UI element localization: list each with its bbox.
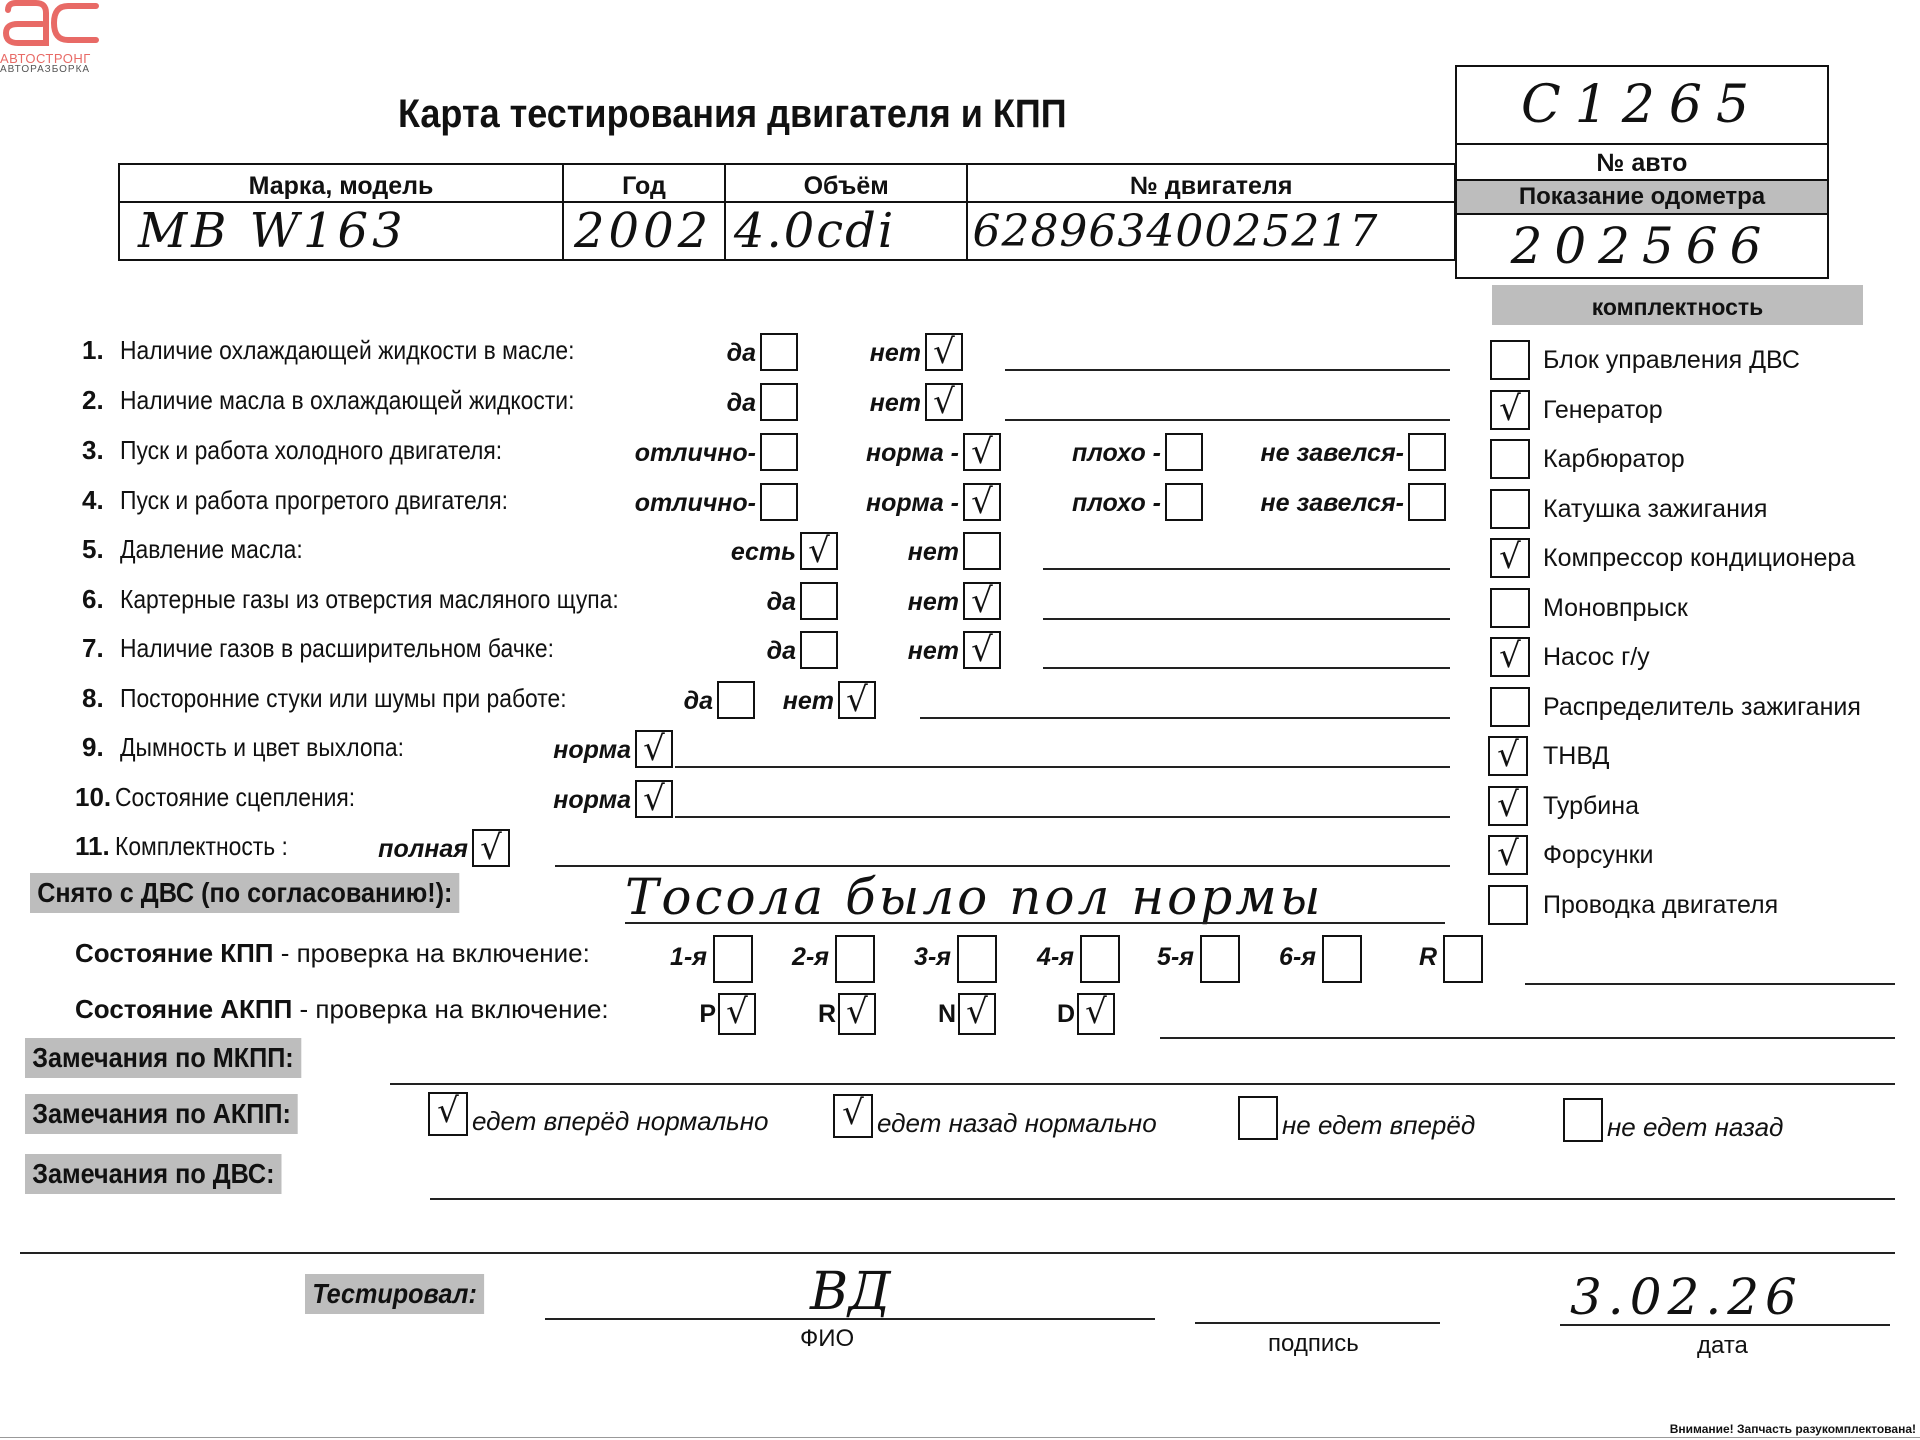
- completeness-item-label: Распределитель зажигания: [1543, 693, 1861, 722]
- option-checkbox[interactable]: √: [963, 631, 1001, 669]
- option-checkbox[interactable]: [1408, 483, 1446, 521]
- item-notes-line: [675, 816, 1450, 818]
- option-label: плохо -: [1072, 489, 1161, 518]
- completeness-checkbox[interactable]: √: [1490, 538, 1530, 578]
- option-label: не завелся-: [1261, 439, 1404, 468]
- manual-gear-checkbox[interactable]: [1200, 935, 1240, 983]
- option-checkbox[interactable]: [760, 383, 798, 421]
- option-label: нет: [908, 637, 959, 666]
- completeness-item-label: Насос г/у: [1543, 643, 1650, 672]
- auto-gear-label: D: [1057, 1000, 1075, 1029]
- signature-caption: подпись: [1268, 1330, 1359, 1358]
- remarks-dvs-label: Замечания по ДВС:: [25, 1154, 282, 1194]
- completeness-checkbox[interactable]: [1488, 885, 1528, 925]
- manual-gear-label: 2-я: [792, 943, 829, 972]
- option-checkbox[interactable]: √: [635, 780, 673, 818]
- col-year: Год: [563, 164, 725, 202]
- item-notes-line: [920, 717, 1450, 719]
- completeness-checkbox[interactable]: √: [1490, 637, 1530, 677]
- item-number: 2.: [82, 385, 104, 416]
- manual-gearbox-label: Состояние КПП - проверка на включение:: [75, 938, 590, 969]
- page-title: Карта тестирования двигателя и КПП: [398, 92, 1067, 137]
- item-number: 5.: [82, 534, 104, 565]
- auto-gear-checkbox[interactable]: √: [958, 993, 996, 1035]
- item-notes-line: [1005, 369, 1450, 371]
- completeness-item-label: Генератор: [1543, 396, 1663, 425]
- auto-gearbox-line: [1160, 1037, 1895, 1039]
- engine-number-value[interactable]: 62896340025217: [967, 202, 1455, 260]
- completeness-checkbox[interactable]: [1490, 687, 1530, 727]
- akpp-remark-label: не едет вперёд: [1282, 1110, 1475, 1141]
- option-label: норма: [553, 736, 631, 765]
- volume-value[interactable]: 4.0cdi: [725, 202, 968, 260]
- manual-gear-label: 5-я: [1157, 943, 1194, 972]
- vehicle-info-table: Марка, модель Год Объём № двигателя MB W…: [118, 163, 1456, 261]
- option-label: да: [684, 687, 713, 716]
- completeness-item-label: Компрессор кондиционера: [1543, 544, 1855, 573]
- akpp-remark-checkbox[interactable]: √: [428, 1092, 468, 1136]
- date-line: [1560, 1324, 1890, 1326]
- auto-gear-checkbox[interactable]: √: [718, 993, 756, 1035]
- option-label: нет: [908, 538, 959, 567]
- col-volume: Объём: [725, 164, 968, 202]
- item-number: 6.: [82, 584, 104, 615]
- option-checkbox[interactable]: [760, 483, 798, 521]
- manual-gear-checkbox[interactable]: [1443, 935, 1483, 983]
- completeness-item-label: Турбина: [1543, 792, 1639, 821]
- item-number: 4.: [82, 485, 104, 516]
- item-number: 3.: [82, 435, 104, 466]
- completeness-checkbox[interactable]: [1490, 340, 1530, 380]
- manual-gear-label: 4-я: [1037, 943, 1074, 972]
- auto-gear-label: N: [938, 1000, 956, 1029]
- car-number-label: № авто: [1457, 145, 1827, 181]
- auto-gear-label: R: [818, 1000, 836, 1029]
- remarks-dvs-line: [430, 1198, 1895, 1200]
- manual-gear-label: R: [1419, 943, 1437, 972]
- manual-gear-label: 1-я: [670, 943, 707, 972]
- remarks-mkpp-line: [390, 1083, 1895, 1085]
- make-model-value[interactable]: MB W163: [119, 202, 563, 260]
- signature-line: [1195, 1322, 1440, 1324]
- test-date[interactable]: 3.02.26: [1570, 1268, 1803, 1326]
- item-label: Посторонние стуки или шумы при работе:: [120, 683, 567, 714]
- manual-gear-checkbox[interactable]: [835, 935, 875, 983]
- option-label: нет: [908, 588, 959, 617]
- completeness-item-label: Проводка двигателя: [1543, 891, 1778, 920]
- item-label: Комплектность :: [115, 831, 288, 862]
- item-notes-line: [555, 865, 1450, 867]
- manual-gear-checkbox[interactable]: [957, 935, 997, 983]
- item-notes-line: [1043, 667, 1450, 669]
- manual-gear-checkbox[interactable]: [1080, 935, 1120, 983]
- option-checkbox[interactable]: [800, 631, 838, 669]
- item-number: 7.: [82, 633, 104, 664]
- option-checkbox[interactable]: √: [472, 829, 510, 867]
- auto-gearbox-label: Состояние АКПП - проверка на включение:: [75, 994, 609, 1025]
- akpp-remark-checkbox[interactable]: [1238, 1096, 1278, 1140]
- completeness-item-label: Блок управления ДВС: [1543, 346, 1800, 375]
- removed-line: [625, 922, 1445, 924]
- odometer-label: Показание одометра: [1457, 181, 1827, 215]
- option-label: да: [727, 389, 756, 418]
- manual-gear-label: 6-я: [1279, 943, 1316, 972]
- item-label: Картерные газы из отверстия масляного щу…: [120, 584, 619, 615]
- option-checkbox[interactable]: √: [925, 333, 963, 371]
- auto-gearbox-title: Состояние АКПП: [75, 994, 292, 1024]
- fio-line: [545, 1318, 1155, 1320]
- item-number: 11.: [75, 831, 110, 862]
- option-checkbox[interactable]: √: [635, 730, 673, 768]
- item-number: 1.: [82, 335, 104, 366]
- option-label: нет: [870, 339, 921, 368]
- item-label: Состояние сцепления:: [115, 782, 355, 813]
- option-checkbox[interactable]: [1165, 483, 1203, 521]
- option-checkbox[interactable]: [963, 532, 1001, 570]
- auto-gearbox-desc: - проверка на включение:: [292, 994, 608, 1024]
- car-number-value[interactable]: C1265: [1457, 67, 1827, 145]
- completeness-checkbox[interactable]: [1490, 439, 1530, 479]
- col-engine-number: № двигателя: [967, 164, 1455, 202]
- option-checkbox[interactable]: [717, 681, 755, 719]
- completeness-item-label: ТНВД: [1543, 742, 1609, 771]
- option-checkbox[interactable]: [760, 433, 798, 471]
- option-label: не завелся-: [1261, 489, 1404, 518]
- car-number-odometer-box: C1265 № авто Показание одометра 202566: [1455, 65, 1829, 279]
- completeness-checkbox[interactable]: [1490, 489, 1530, 529]
- auto-gear-checkbox[interactable]: √: [838, 993, 876, 1035]
- footer-warning: Внимание! Запчасть разукомплектована!: [1670, 1422, 1916, 1436]
- option-label: норма -: [866, 489, 959, 518]
- option-checkbox[interactable]: [800, 582, 838, 620]
- option-checkbox[interactable]: √: [800, 532, 838, 570]
- option-checkbox[interactable]: √: [963, 433, 1001, 471]
- item-label: Наличие газов в расширительном бачке:: [120, 633, 554, 664]
- option-label: отлично-: [635, 489, 756, 518]
- option-checkbox[interactable]: √: [925, 383, 963, 421]
- option-checkbox[interactable]: √: [963, 483, 1001, 521]
- item-number: 8.: [82, 683, 104, 714]
- auto-gear-checkbox[interactable]: √: [1077, 993, 1115, 1035]
- manual-gearbox-line: [1525, 983, 1895, 985]
- col-make-model: Марка, модель: [119, 164, 563, 202]
- manual-gearbox-title: Состояние КПП: [75, 938, 274, 968]
- option-label: есть: [731, 538, 796, 567]
- option-checkbox[interactable]: √: [838, 681, 876, 719]
- completeness-title: комплектность: [1492, 285, 1863, 325]
- item-label: Давление масла:: [120, 534, 303, 565]
- completeness-checkbox[interactable]: √: [1488, 786, 1528, 826]
- option-checkbox[interactable]: [1408, 433, 1446, 471]
- manual-gear-checkbox[interactable]: [1322, 935, 1362, 983]
- item-label: Пуск и работа прогретого двигателя:: [120, 485, 508, 516]
- tester-fio[interactable]: ВД: [810, 1262, 891, 1322]
- item-label: Наличие масла в охлаждающей жидкости:: [120, 385, 574, 416]
- akpp-remark-label: не едет назад: [1607, 1112, 1783, 1143]
- option-label: плохо -: [1072, 439, 1161, 468]
- completeness-checkbox[interactable]: √: [1488, 835, 1528, 875]
- option-label: нет: [783, 687, 834, 716]
- manual-gear-checkbox[interactable]: [713, 935, 753, 983]
- manual-gearbox-desc: - проверка на включение:: [274, 938, 590, 968]
- akpp-remark-checkbox[interactable]: [1563, 1098, 1603, 1142]
- option-label: полная: [378, 835, 468, 864]
- fio-caption: ФИО: [800, 1325, 854, 1353]
- item-number: 9.: [82, 732, 104, 763]
- option-checkbox[interactable]: [760, 333, 798, 371]
- item-number: 10.: [75, 782, 111, 813]
- auto-gear-label: P: [699, 1000, 716, 1029]
- option-label: отлично-: [635, 439, 756, 468]
- manual-gear-label: 3-я: [914, 943, 951, 972]
- option-checkbox[interactable]: [1165, 433, 1203, 471]
- item-notes-line: [675, 766, 1450, 768]
- odometer-value[interactable]: 202566: [1457, 215, 1827, 275]
- item-label: Наличие охлаждающей жидкости в масле:: [120, 335, 574, 366]
- completeness-item-label: Форсунки: [1543, 841, 1654, 870]
- akpp-remark-label: едет назад нормально: [877, 1108, 1157, 1139]
- remarks-extra-line: [20, 1252, 1895, 1254]
- akpp-remark-checkbox[interactable]: √: [833, 1094, 873, 1138]
- completeness-item-label: Катушка зажигания: [1543, 495, 1767, 524]
- bottom-edge: [0, 1437, 1920, 1438]
- akpp-remark-label: едет вперёд нормально: [472, 1106, 768, 1137]
- option-label: норма -: [866, 439, 959, 468]
- date-caption: дата: [1697, 1332, 1748, 1360]
- remarks-akpp-label: Замечания по АКПП:: [25, 1094, 298, 1134]
- autostrong-logo-icon: [2, 0, 100, 46]
- option-checkbox[interactable]: √: [963, 582, 1001, 620]
- completeness-checkbox[interactable]: √: [1490, 390, 1530, 430]
- item-notes-line: [1043, 618, 1450, 620]
- completeness-item-label: Моновпрыск: [1543, 594, 1688, 623]
- option-label: норма: [553, 786, 631, 815]
- removed-label: Снято с ДВС (по согласованию!):: [30, 873, 460, 913]
- tested-label: Тестировал:: [305, 1274, 484, 1314]
- year-value[interactable]: 2002: [563, 202, 725, 260]
- item-label: Дымность и цвет выхлопа:: [120, 732, 404, 763]
- completeness-checkbox[interactable]: [1490, 588, 1530, 628]
- completeness-item-label: Карбюратор: [1543, 445, 1685, 474]
- completeness-checkbox[interactable]: √: [1488, 736, 1528, 776]
- removed-note[interactable]: Тосола было пол нормы: [625, 868, 1323, 926]
- item-notes-line: [1005, 419, 1450, 421]
- option-label: да: [767, 588, 796, 617]
- option-label: да: [767, 637, 796, 666]
- logo-tagline: АВТОРАЗБОРКА: [0, 64, 90, 75]
- item-notes-line: [1043, 568, 1450, 570]
- option-label: да: [727, 339, 756, 368]
- remarks-mkpp-label: Замечания по МКПП:: [25, 1038, 301, 1078]
- item-label: Пуск и работа холодного двигателя:: [120, 435, 502, 466]
- option-label: нет: [870, 389, 921, 418]
